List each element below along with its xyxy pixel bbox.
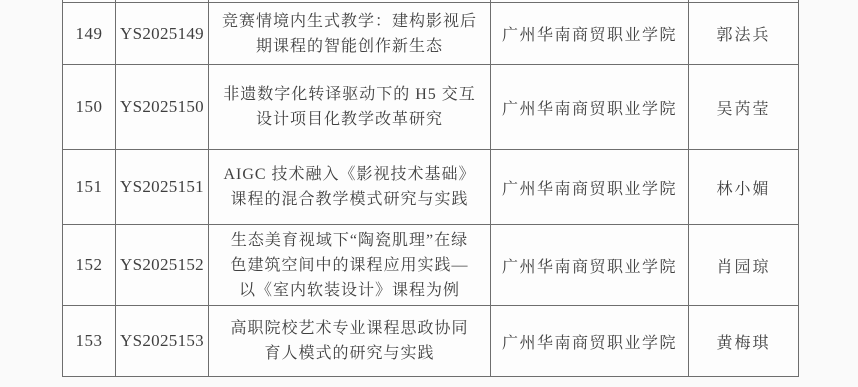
title-cell: 高职院校艺术专业课程思政协同 育人模式的研究与实践: [209, 306, 491, 377]
table-row: 153 YS2025153 高职院校艺术专业课程思政协同 育人模式的研究与实践 …: [63, 306, 799, 377]
institution-cell: 广州华南商贸职业学院: [491, 306, 689, 377]
institution-cell: 广州华南商贸职业学院: [491, 65, 689, 150]
table-row: 150 YS2025150 非遗数字化转译驱动下的 H5 交互 设计项目化教学改…: [63, 65, 799, 150]
table-row: 149 YS2025149 竞赛情境内生式教学：建构影视后 期课程的智能创作新生…: [63, 3, 799, 65]
code-cell: YS2025152: [116, 225, 209, 306]
title-cell: 竞赛情境内生式教学：建构影视后 期课程的智能创作新生态: [209, 3, 491, 65]
institution-cell: 广州华南商贸职业学院: [491, 150, 689, 225]
code-cell: YS2025151: [116, 150, 209, 225]
seq-cell: 149: [63, 3, 116, 65]
leader-cell: 黄梅琪: [689, 306, 799, 377]
table-row: 152 YS2025152 生态美育视域下“陶瓷肌理”在绿 色建筑空间中的课程应…: [63, 225, 799, 306]
code-cell: YS2025150: [116, 65, 209, 150]
institution-cell: 广州华南商贸职业学院: [491, 3, 689, 65]
title-cell: AIGC 技术融入《影视技术基础》 课程的混合教学模式研究与实践: [209, 150, 491, 225]
table-row: 151 YS2025151 AIGC 技术融入《影视技术基础》 课程的混合教学模…: [63, 150, 799, 225]
leader-cell: 肖园琼: [689, 225, 799, 306]
leader-cell: 吴芮莹: [689, 65, 799, 150]
title-cell: 非遗数字化转译驱动下的 H5 交互 设计项目化教学改革研究: [209, 65, 491, 150]
leader-cell: 郭法兵: [689, 3, 799, 65]
title-cell: 生态美育视域下“陶瓷肌理”在绿 色建筑空间中的课程应用实践— 以《室内软装设计》…: [209, 225, 491, 306]
institution-cell: 广州华南商贸职业学院: [491, 225, 689, 306]
leader-cell: 林小媚: [689, 150, 799, 225]
scanned-page: 149 YS2025149 竞赛情境内生式教学：建构影视后 期课程的智能创作新生…: [0, 0, 858, 387]
project-approval-table: 149 YS2025149 竞赛情境内生式教学：建构影视后 期课程的智能创作新生…: [62, 0, 799, 377]
code-cell: YS2025149: [116, 3, 209, 65]
code-cell: YS2025153: [116, 306, 209, 377]
seq-cell: 153: [63, 306, 116, 377]
seq-cell: 151: [63, 150, 116, 225]
seq-cell: 150: [63, 65, 116, 150]
seq-cell: 152: [63, 225, 116, 306]
